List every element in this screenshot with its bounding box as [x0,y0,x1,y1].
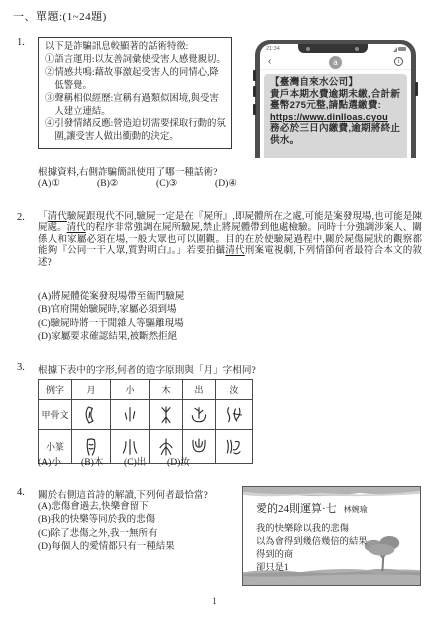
header-cell: 汝 [216,380,253,400]
option-d: (D)汝 [167,454,210,468]
phone-screenshot: 21:34 ‹ a i 【臺灣自來水公司】 貴戶本期水費逾期未繳,合計新臺幣27… [255,40,416,158]
option-b: (B)木 [81,454,124,468]
phone-notch [298,44,368,53]
glyph-cell [72,400,111,430]
status-icons [393,46,407,52]
option-a: (A)悲傷會過去,快樂會留下 [38,501,175,514]
camera-dot-icon [306,47,310,51]
question-2-stem: 「清代驗屍跟現代不同,驗屍一定是在『屍所』,即屍體所在之處,可能是案發現場,也可… [38,212,422,269]
option-b: (B)② [97,178,156,189]
question-1-info-box: 以下是詐騙訊息較顯著的話術特徵: ①語言運用:以友善詞彙使受害人感覺親切。 ②情… [38,37,232,149]
question-2-options: (A)將屍體從案發現場帶至衙門驗屍 (B)官府開始驗屍時,家屬必須到場 (C)驗… [38,291,184,344]
q2-segment-underlined: 清代 [48,212,67,222]
q1-box-line: ④引發情緒反應:營造迫切需要採取行動的氛圍,讓受害人做出衝動的決定。 [54,118,226,144]
option-a: (A)將屍體從案發現場帶至衙門驗屍 [38,291,184,304]
character-forms-table: 例字 月 小 木 出 汝 甲骨文 小篆 [38,379,253,464]
table-header-row: 例字 月 小 木 出 汝 [39,380,253,400]
q2-segment: 「 [38,212,48,222]
q1-box-line: ③聲稱相似經歷:宣稱有過類似困境,與受害人建立連結。 [54,93,226,119]
poem-line: 得到的商 [256,549,368,562]
power-button [415,82,418,96]
volume-down-button [253,86,256,97]
poem-line: 以為會得到幾倍幾倍的結果 [256,536,368,549]
header-cell: 例字 [39,380,72,400]
option-c: (C)除了悲傷之外,我一無所有 [38,528,175,541]
header-cell: 出 [183,380,216,400]
poem-author: 林婉瑜 [344,505,368,514]
header-cell: 月 [72,380,111,400]
q2-segment-underlined: 清代 [225,246,244,256]
oracle-bone-row: 甲骨文 [39,400,253,430]
option-d: (D)④ [215,178,274,189]
clock-text: 21:34 [266,46,280,52]
option-b: (B)我的快樂等同於我的悲傷 [38,514,175,527]
poem-title: 愛的24則運算·七林婉瑜 [256,500,368,516]
q1-box-line: ①語言運用:以友善詞彙使受害人感覺親切。 [54,54,226,67]
sms-line: 【臺灣自來水公司】 [270,77,401,89]
question-3-number: 3. [17,362,25,373]
sms-line: 貴戶本期水費逾期未繳,合計新臺幣275元整,請點選繳費: [270,89,401,112]
question-1-number: 1. [17,37,25,48]
question-1-options: (A)① (B)② (C)③ (D)④ [38,178,274,189]
tree-silhouette [365,536,402,574]
q1-box-line: ②情感共鳴:藉故事激起受害人的同情心,降低警覺。 [54,67,226,93]
row-label: 甲骨文 [39,400,72,430]
option-b: (B)官府開始驗屍時,家屬必須到場 [38,304,184,317]
seal-script-you-glyph [224,435,244,459]
poem-body: 我的快樂除以我的悲傷 以為會得到幾倍幾倍的結果 得到的商 卻只是1 [256,523,368,575]
option-c: (C)③ [156,178,215,189]
volume-up-button [253,70,256,81]
section-header: 一、單題:(1~24題) [13,8,107,24]
poem-line: 我的快樂除以我的悲傷 [256,523,368,536]
exam-page: 一、單題:(1~24題) 1. 以下是詐騙訊息較顯著的話術特徵: ①語言運用:以… [0,0,429,626]
signal-icon [393,47,397,52]
option-a: (A)① [38,178,97,189]
glyph-cell [183,400,216,430]
question-4-options: (A)悲傷會過去,快樂會留下 (B)我的快樂等同於我的悲傷 (C)除了悲傷之外,… [38,501,175,554]
option-a: (A)小 [38,454,81,468]
question-4-stem: 關於右側這首詩的解讀,下列何者最恰當? [38,487,208,501]
glyph-cell [111,400,150,430]
poem-line: 卻只是1 [256,562,368,575]
sms-message-bubble: 【臺灣自來水公司】 貴戶本期水費逾期未繳,合計新臺幣275元整,請點選繳費: h… [264,74,407,158]
sender-avatar[interactable]: a [329,56,342,69]
question-4-number: 4. [17,487,25,498]
question-3-options: (A)小 (B)木 (C)出 (D)汝 [38,454,210,468]
phone-screen: 21:34 ‹ a i 【臺灣自來水公司】 貴戶本期水費逾期未繳,合計新臺幣27… [260,44,411,158]
battery-icon [398,47,406,51]
option-d: (D)每個人的愛情都只有一種結果 [38,541,175,554]
q2-segment-underlined: 清代 [67,223,86,233]
option-c: (C)出 [124,454,167,468]
info-icon[interactable]: i [394,57,403,66]
back-icon[interactable]: ‹ [268,56,271,67]
poem-title-text: 愛的24則運算·七 [256,503,337,515]
scam-link[interactable]: https://www.dinlloas.cyou [270,112,401,124]
glyph-cell [150,400,183,430]
page-number: 1 [0,597,429,607]
option-d: (D)家屬要求確認結果,被斷然拒絕 [38,331,184,344]
oracle-bone-tree-glyph [156,404,176,426]
glyph-cell [216,400,253,430]
option-c: (C)驗屍時將一干閒雜人等驅離現場 [38,318,184,331]
sms-line: 務必於三日內繳費,逾期將終止供水。 [270,123,401,146]
q1-box-line: 以下是詐騙訊息較顯著的話術特徵: [45,41,226,54]
oracle-bone-small-glyph [120,404,140,426]
side-button [253,104,256,115]
glyph-cell [216,430,253,464]
oracle-bone-moon-glyph [81,404,101,426]
question-2-number: 2. [17,212,25,223]
question-3-stem: 根據下表中的字形,何者的造字原則與「月」字相同? [38,362,256,376]
oracle-bone-exit-glyph [189,404,209,426]
camera-dot-icon [355,47,359,51]
header-cell: 木 [150,380,183,400]
question-1-stem: 根據資料,右側詐騙簡訊使用了哪一種話術? [38,164,217,178]
oracle-bone-you-glyph [224,404,244,426]
poem-card: 愛的24則運算·七林婉瑜 我的快樂除以我的悲傷 以為會得到幾倍幾倍的結果 得到的… [242,486,421,586]
header-cell: 小 [111,380,150,400]
message-app-navbar: ‹ a i [260,55,411,70]
